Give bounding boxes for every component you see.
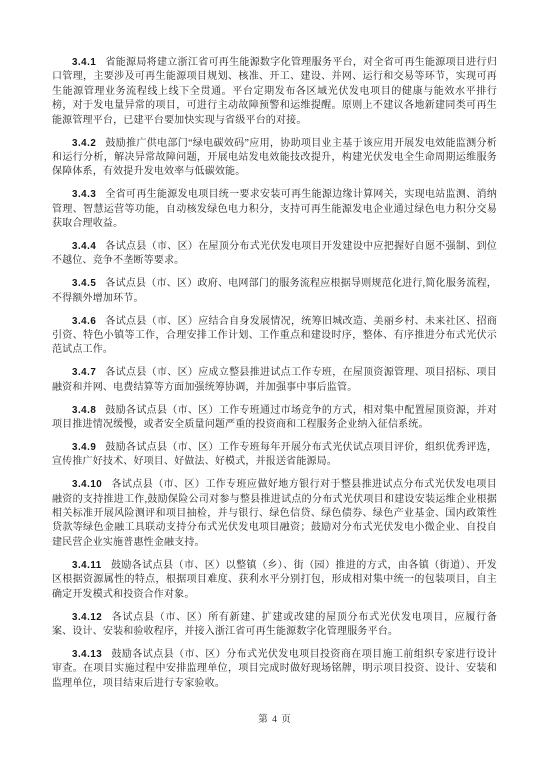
doc-paragraph: 3.4.1省能源局将建立浙江省可再生能源数字化管理服务平台，对全省可再生能源项目… bbox=[52, 56, 497, 128]
paragraph-text: 鼓励推广供电部门“绿电碳效码”应用，协助项目业主基于该应用开展发电效能监测分析和… bbox=[52, 138, 497, 178]
section-number: 3.4.7 bbox=[72, 367, 96, 378]
section-number: 3.4.12 bbox=[72, 612, 102, 623]
section-number: 3.4.5 bbox=[72, 278, 96, 289]
doc-paragraph: 3.4.3全省可再生能源发电项目统一要求安装可再生能源边缘计算网关，实现电站监测… bbox=[52, 188, 497, 231]
section-number: 3.4.1 bbox=[72, 57, 96, 68]
doc-paragraph: 3.4.6各试点县（市、区）应结合自身发展情况，统筹旧城改造、美丽乡村、未来社区… bbox=[52, 315, 497, 358]
paragraph-text: 鼓励各试点县（市、区）以整镇（乡）、街（园）推进的方式，由各镇（街道）、开发区根… bbox=[52, 560, 497, 600]
section-number: 3.4.10 bbox=[72, 479, 102, 490]
paragraph-text: 各试点县（市、区）应成立整县推进试点工作专班，在屋顶资源管理、项目招标、项目融资… bbox=[52, 367, 497, 392]
paragraph-text: 各试点县（市、区）工作专班应做好地方银行对于整县推进试点分布式光伏发电项目融资的… bbox=[52, 479, 497, 548]
paragraph-text: 省能源局将建立浙江省可再生能源数字化管理服务平台，对全省可再生能源项目进行归口管… bbox=[52, 57, 497, 126]
doc-paragraph: 3.4.2鼓励推广供电部门“绿电碳效码”应用，协助项目业主基于该应用开展发电效能… bbox=[52, 137, 497, 180]
doc-paragraph: 3.4.7各试点县（市、区）应成立整县推进试点工作专班，在屋顶资源管理、项目招标… bbox=[52, 366, 497, 395]
paragraph-text: 各试点县（市、区）应结合自身发展情况，统筹旧城改造、美丽乡村、未来社区、招商引资… bbox=[52, 316, 497, 356]
page-number: 第 4 页 bbox=[0, 711, 550, 725]
doc-paragraph: 3.4.11鼓励各试点县（市、区）以整镇（乡）、街（园）推进的方式，由各镇（街道… bbox=[52, 559, 497, 602]
paragraph-text: 鼓励各试点县（市、区）工作专班每年开展分布式光伏试点项目评价，组织优秀评选，宣传… bbox=[52, 442, 497, 467]
doc-paragraph: 3.4.9鼓励各试点县（市、区）工作专班每年开展分布式光伏试点项目评价，组织优秀… bbox=[52, 441, 497, 470]
section-number: 3.4.9 bbox=[72, 442, 96, 453]
doc-paragraph: 3.4.13鼓励各试点县（市、区）分布式光伏发电项目投资商在项目施工前组织专家进… bbox=[52, 648, 497, 691]
section-number: 3.4.6 bbox=[72, 316, 96, 327]
paragraph-text: 各试点县（市、区）政府、电网部门的服务流程应根据导则规范化进行,简化服务流程，不… bbox=[52, 278, 497, 303]
paragraph-text: 鼓励各试点县（市、区）工作专班通过市场竞争的方式，相对集中配置屋顶资源，并对项目… bbox=[52, 405, 497, 430]
paragraph-text: 鼓励各试点县（市、区）分布式光伏发电项目投资商在项目施工前组织专家进行设计审查。… bbox=[52, 649, 497, 689]
doc-paragraph: 3.4.12各试点县（市、区）所有新建、扩建或改建的屋顶分布式光伏发电项目，应履… bbox=[52, 611, 497, 640]
paragraph-text: 全省可再生能源发电项目统一要求安装可再生能源边缘计算网关，实现电站监测、消纳管理… bbox=[52, 189, 497, 229]
document-page: 3.4.1省能源局将建立浙江省可再生能源数字化管理服务平台，对全省可再生能源项目… bbox=[0, 0, 550, 777]
section-number: 3.4.8 bbox=[72, 405, 96, 416]
paragraph-text: 各试点县（市、区）在屋顶分布式光伏发电项目开发建设中应把握好自愿不强制、到位不越… bbox=[52, 241, 497, 266]
doc-paragraph: 3.4.8鼓励各试点县（市、区）工作专班通过市场竞争的方式，相对集中配置屋顶资源… bbox=[52, 404, 497, 433]
doc-paragraph: 3.4.10各试点县（市、区）工作专班应做好地方银行对于整县推进试点分布式光伏发… bbox=[52, 478, 497, 550]
document-body: 3.4.1省能源局将建立浙江省可再生能源数字化管理服务平台，对全省可再生能源项目… bbox=[52, 56, 497, 691]
paragraph-text: 各试点县（市、区）所有新建、扩建或改建的屋顶分布式光伏发电项目，应履行备案、设计… bbox=[52, 612, 497, 637]
section-number: 3.4.3 bbox=[72, 189, 96, 200]
section-number: 3.4.4 bbox=[72, 241, 96, 252]
doc-paragraph: 3.4.5各试点县（市、区）政府、电网部门的服务流程应根据导则规范化进行,简化服… bbox=[52, 277, 497, 306]
section-number: 3.4.2 bbox=[72, 138, 96, 149]
section-number: 3.4.11 bbox=[72, 560, 102, 571]
doc-paragraph: 3.4.4各试点县（市、区）在屋顶分布式光伏发电项目开发建设中应把握好自愿不强制… bbox=[52, 240, 497, 269]
section-number: 3.4.13 bbox=[72, 649, 102, 660]
